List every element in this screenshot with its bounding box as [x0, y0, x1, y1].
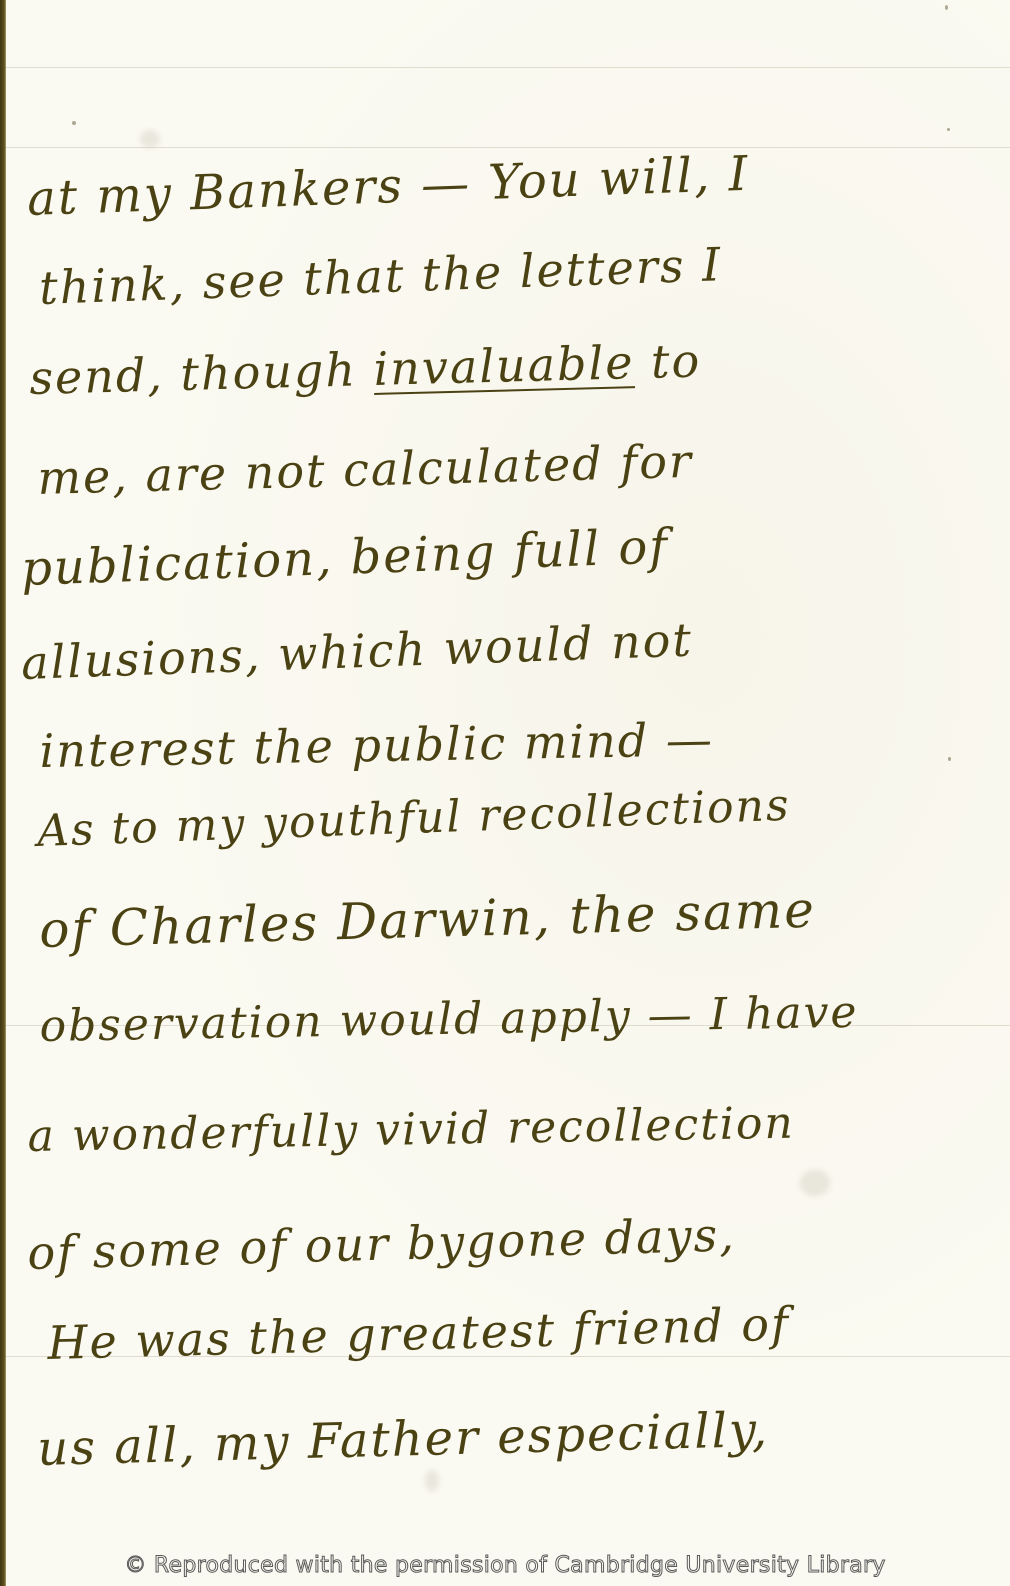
handwritten-line-9: of Charles Darwin, the same — [39, 885, 817, 955]
paper-smudge — [425, 1470, 439, 1492]
handwritten-line-14: us all, my Father especially, — [37, 1406, 770, 1473]
handwritten-line-12: of some of our bygone days, — [27, 1211, 736, 1276]
handwritten-line-8: As to my youthful recollections — [36, 784, 791, 854]
handwritten-line-10: observation would apply — I have — [39, 991, 859, 1049]
handwritten-line-5: publication, being full of — [20, 522, 670, 593]
ruled-line — [6, 67, 1010, 68]
handwritten-line-11: a wonderfully vivid recollection — [27, 1102, 795, 1159]
ink-speck — [948, 757, 951, 761]
handwritten-line-1: at my Bankers — You will, I — [26, 150, 750, 223]
handwritten-line-2: think, see that the letters I — [38, 241, 723, 311]
copyright-caption: © Reproduced with the permission of Camb… — [0, 1553, 1010, 1578]
paper-smudge — [800, 1170, 830, 1196]
paper-smudge — [140, 130, 160, 148]
manuscript-page: at my Bankers — You will, I think, see t… — [0, 0, 1010, 1586]
underlined-word: invaluable — [373, 335, 635, 396]
ink-speck — [945, 5, 948, 10]
handwritten-line-3: send, though invaluable to — [29, 337, 702, 401]
ruled-line — [6, 147, 1010, 148]
ink-speck — [72, 121, 76, 125]
handwritten-line-6: allusions, which would not — [20, 617, 693, 686]
handwritten-line-4: me, are not calculated for — [37, 438, 694, 501]
ink-speck — [947, 128, 950, 131]
handwritten-line-7: interest the public mind — — [39, 716, 714, 774]
page-binding-edge — [0, 0, 6, 1586]
